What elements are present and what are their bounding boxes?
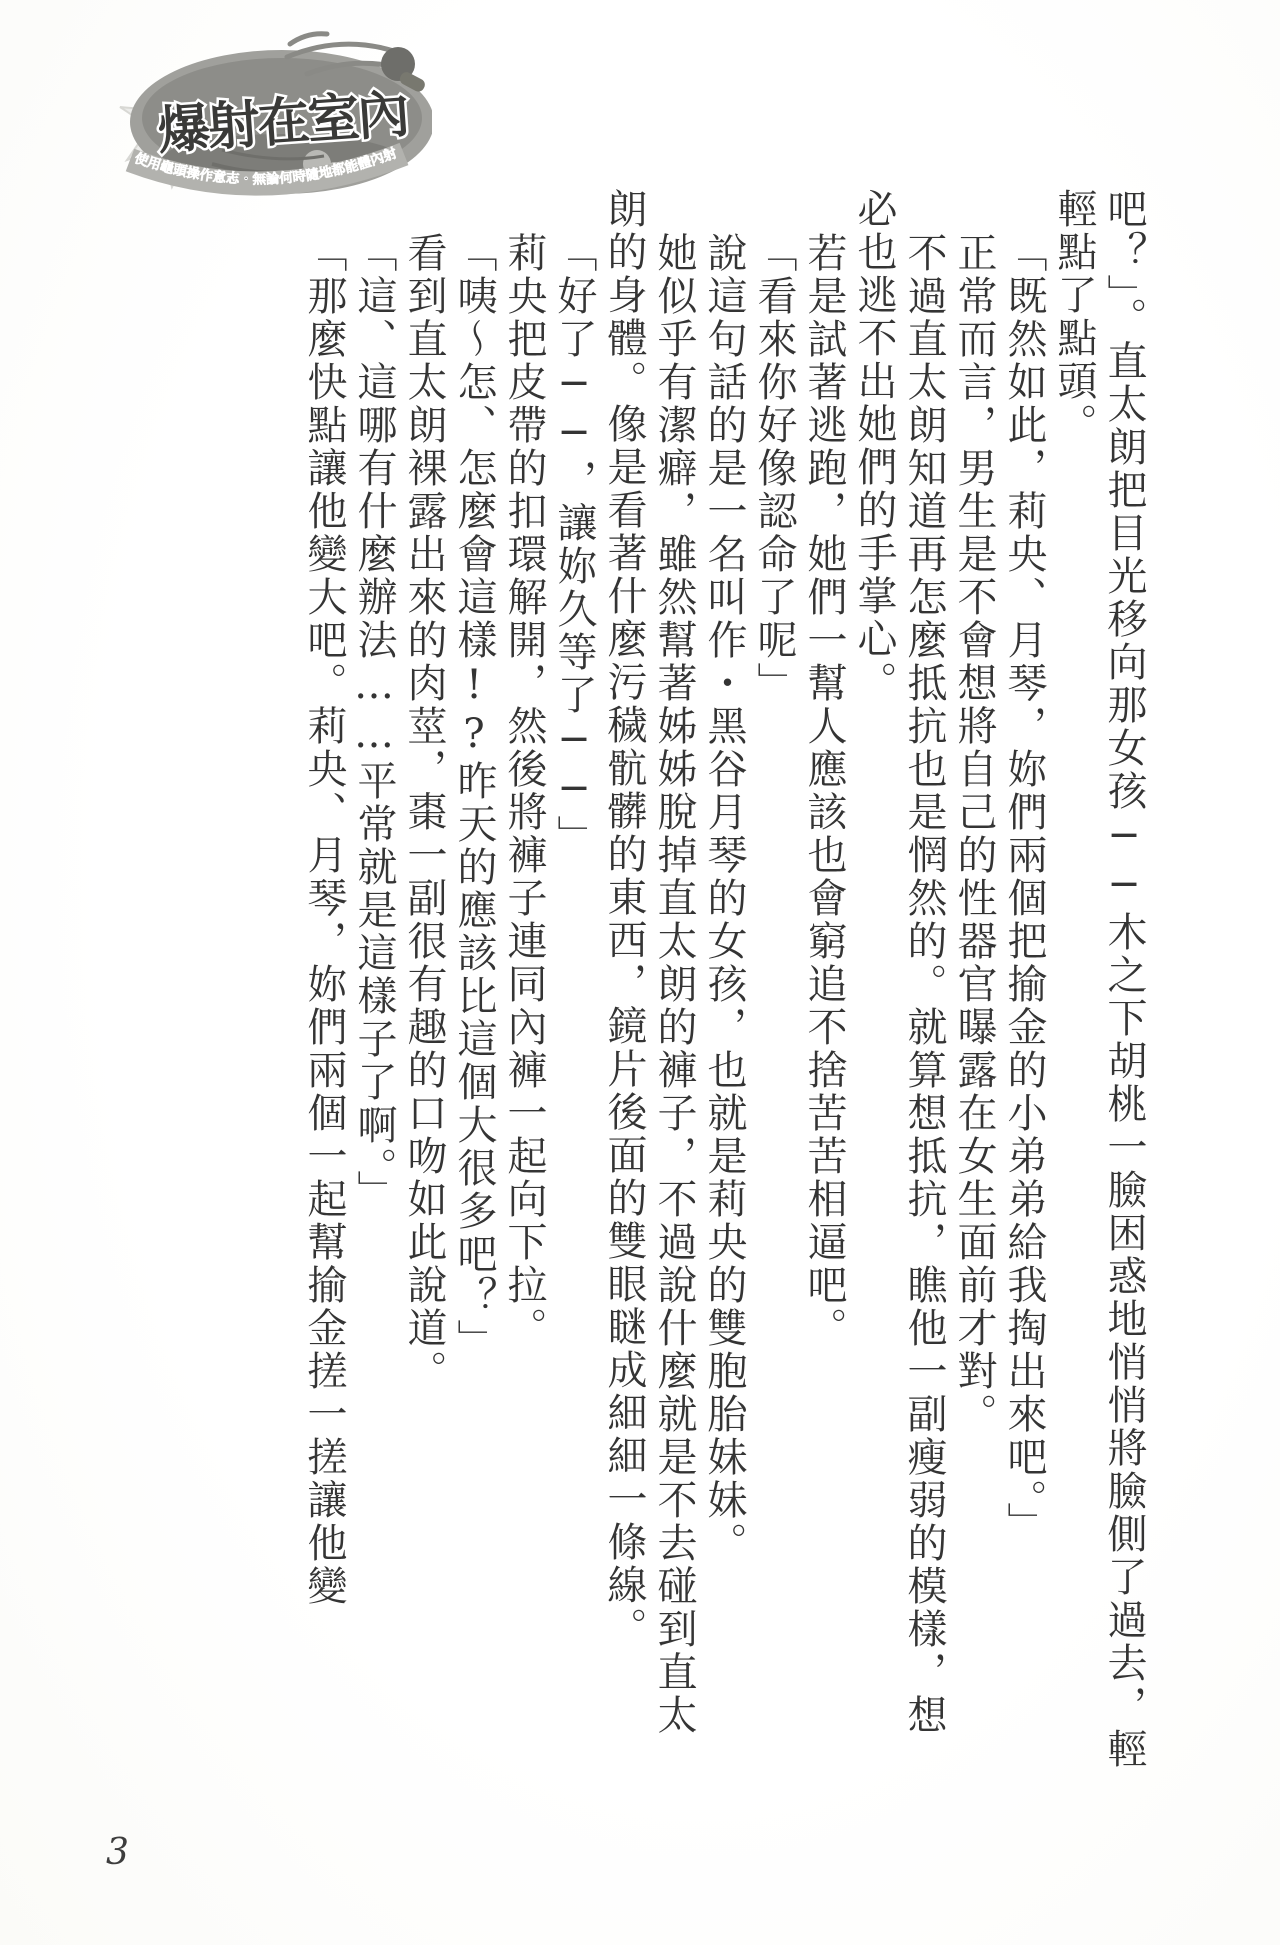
text-column: 說這句話的是一名叫作・黑谷月琴的女孩，也就是莉央的雙胞胎妹妹。: [704, 188, 744, 1816]
text-column: 若是試著逃跑，她們一幫人應該也會窮追不捨苦苦相逼吧。: [804, 188, 844, 1816]
text-column: 「好了──，讓妳久等了──」: [554, 188, 594, 1816]
text-column: 朗的身體。像是看著什麼污穢骯髒的東西，鏡片後面的雙眼瞇成細細一條線。: [604, 188, 644, 1816]
text-column: 正常而言，男生是不會想將自己的性器官曝露在女生面前才對。: [954, 188, 994, 1816]
text-column: 「咦～怎、怎麼會這樣!?昨天的應該比這個大很多吧？」: [454, 188, 494, 1816]
text-column: 必也逃不出她們的手掌心。: [854, 188, 894, 1816]
book-page: 爆射在室內 使用龜頭操作意志・無論何時隨地都能體內射精! 吧？」。直太朗把目光移…: [0, 0, 1280, 1945]
text-column: 不過直太朗知道再怎麼抵抗也是惘然的。就算想抵抗，瞧他一副瘦弱的模樣，想: [904, 188, 944, 1816]
text-column: 「這、這哪有什麼辦法……平常就是這樣子了啊。」: [354, 188, 394, 1816]
text-column: 看到直太朗裸露出來的肉莖，棗一副很有趣的口吻如此說道。: [404, 188, 444, 1816]
text-column: 吧？」。直太朗把目光移向那女孩──木之下胡桃一臉困惑地悄悄將臉側了過去，輕: [1104, 188, 1144, 1816]
text-column: 她似乎有潔癖，雖然幫著姊姊脫掉直太朗的褲子，不過說什麼就是不去碰到直太: [654, 188, 694, 1816]
text-column: 莉央把皮帶的扣環解開，然後將褲子連同內褲一起向下拉。: [504, 188, 544, 1816]
text-column: 「那麼快點讓他變大吧。莉央、月琴，妳們兩個一起幫揄金搓一搓讓他變: [304, 188, 344, 1816]
page-number: 3: [106, 1832, 129, 1873]
text-column: 輕點了點頭。: [1054, 188, 1094, 1816]
text-column: 「看來你好像認命了呢」: [754, 188, 794, 1816]
text-block: 吧？」。直太朗把目光移向那女孩──木之下胡桃一臉困惑地悄悄將臉側了過去，輕輕點了…: [294, 188, 1154, 1816]
text-column: 「既然如此，莉央、月琴，妳們兩個把揄金的小弟弟給我掏出來吧。」: [1004, 188, 1044, 1816]
